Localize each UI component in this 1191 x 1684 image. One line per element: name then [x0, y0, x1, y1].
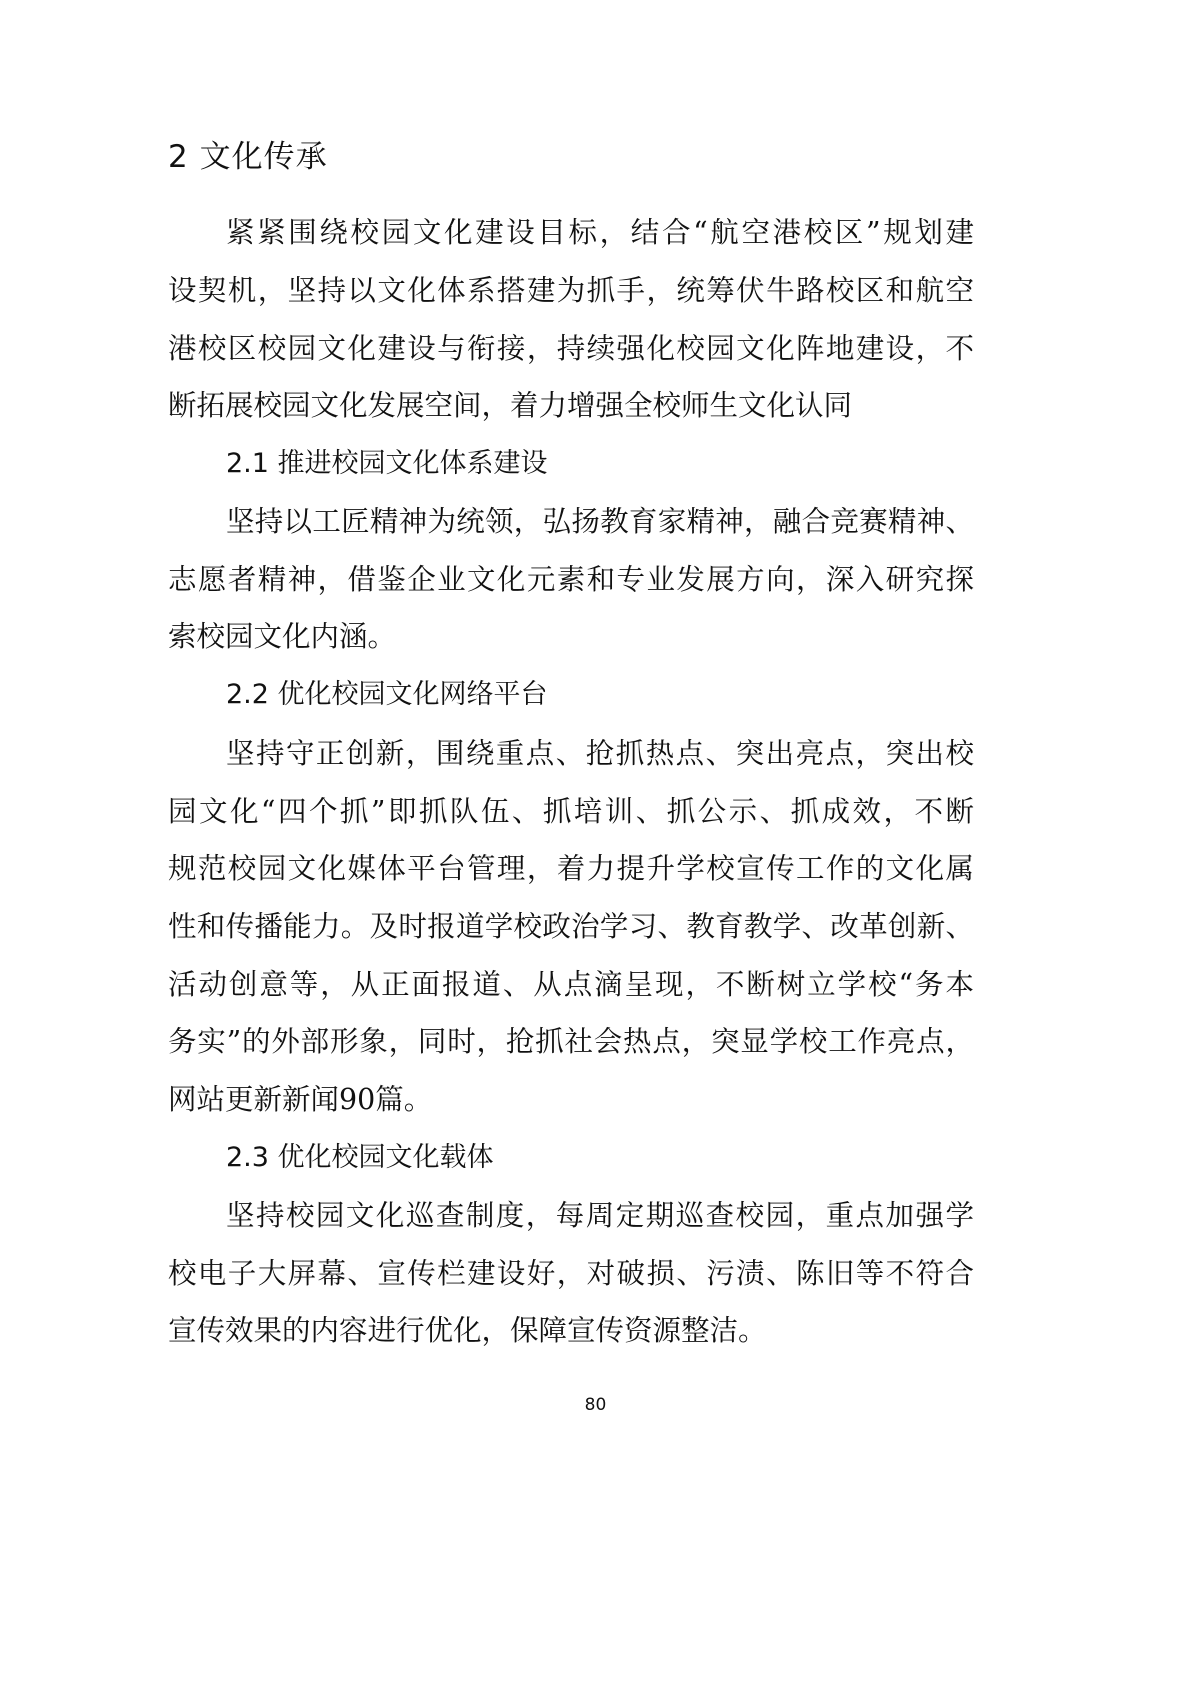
paragraph-line: 港校区校园文化建设与衔接，持续强化校园文化阵地建设，不	[168, 329, 974, 369]
paragraph-line: 志愿者精神，借鉴企业文化元素和专业发展方向，深入研究探	[168, 560, 974, 600]
paragraph-line: 紧紧围绕校园文化建设目标，结合“航空港校区”规划建	[226, 213, 974, 253]
paragraph-line: 索校园文化内涵。	[168, 617, 974, 657]
subsection-heading-2-1: 2.1 推进校园文化体系建设	[226, 446, 548, 482]
paragraph-line: 性和传播能力。及时报道学校政治学习、教育教学、改革创新、	[168, 907, 974, 947]
subsection-heading-2-2: 2.2 优化校园文化网络平台	[226, 677, 548, 713]
subsection-heading-2-3: 2.3 优化校园文化载体	[226, 1140, 494, 1176]
paragraph-line: 务实”的外部形象，同时，抢抓社会热点，突显学校工作亮点，	[168, 1022, 974, 1062]
paragraph-line: 园文化“四个抓”即抓队伍、抓培训、抓公示、抓成效，不断	[168, 792, 974, 832]
document-page: 2 文化传承 紧紧围绕校园文化建设目标，结合“航空港校区”规划建 设契机，坚持以…	[0, 0, 1191, 1684]
paragraph-line: 设契机，坚持以文化体系搭建为抓手，统筹伏牛路校区和航空	[168, 271, 974, 311]
paragraph-line: 宣传效果的内容进行优化，保障宣传资源整洁。	[168, 1311, 974, 1351]
paragraph-line: 坚持校园文化巡查制度，每周定期巡查校园，重点加强学	[226, 1196, 974, 1236]
paragraph-line: 规范校园文化媒体平台管理，着力提升学校宣传工作的文化属	[168, 849, 974, 889]
paragraph-line: 坚持以工匠精神为统领，弘扬教育家精神，融合竞赛精神、	[226, 502, 974, 542]
paragraph-line: 网站更新新闻90篇。	[168, 1080, 974, 1120]
paragraph-line: 校电子大屏幕、宣传栏建设好，对破损、污渍、陈旧等不符合	[168, 1254, 974, 1294]
paragraph-line: 活动创意等，从正面报道、从点滴呈现，不断树立学校“务本	[168, 965, 974, 1005]
section-heading-2: 2 文化传承	[168, 137, 328, 177]
paragraph-line: 断拓展校园文化发展空间，着力增强全校师生文化认同	[168, 386, 974, 426]
paragraph-line: 坚持守正创新，围绕重点、抢抓热点、突出亮点，突出校	[226, 734, 974, 774]
page-number: 80	[0, 1394, 1191, 1416]
